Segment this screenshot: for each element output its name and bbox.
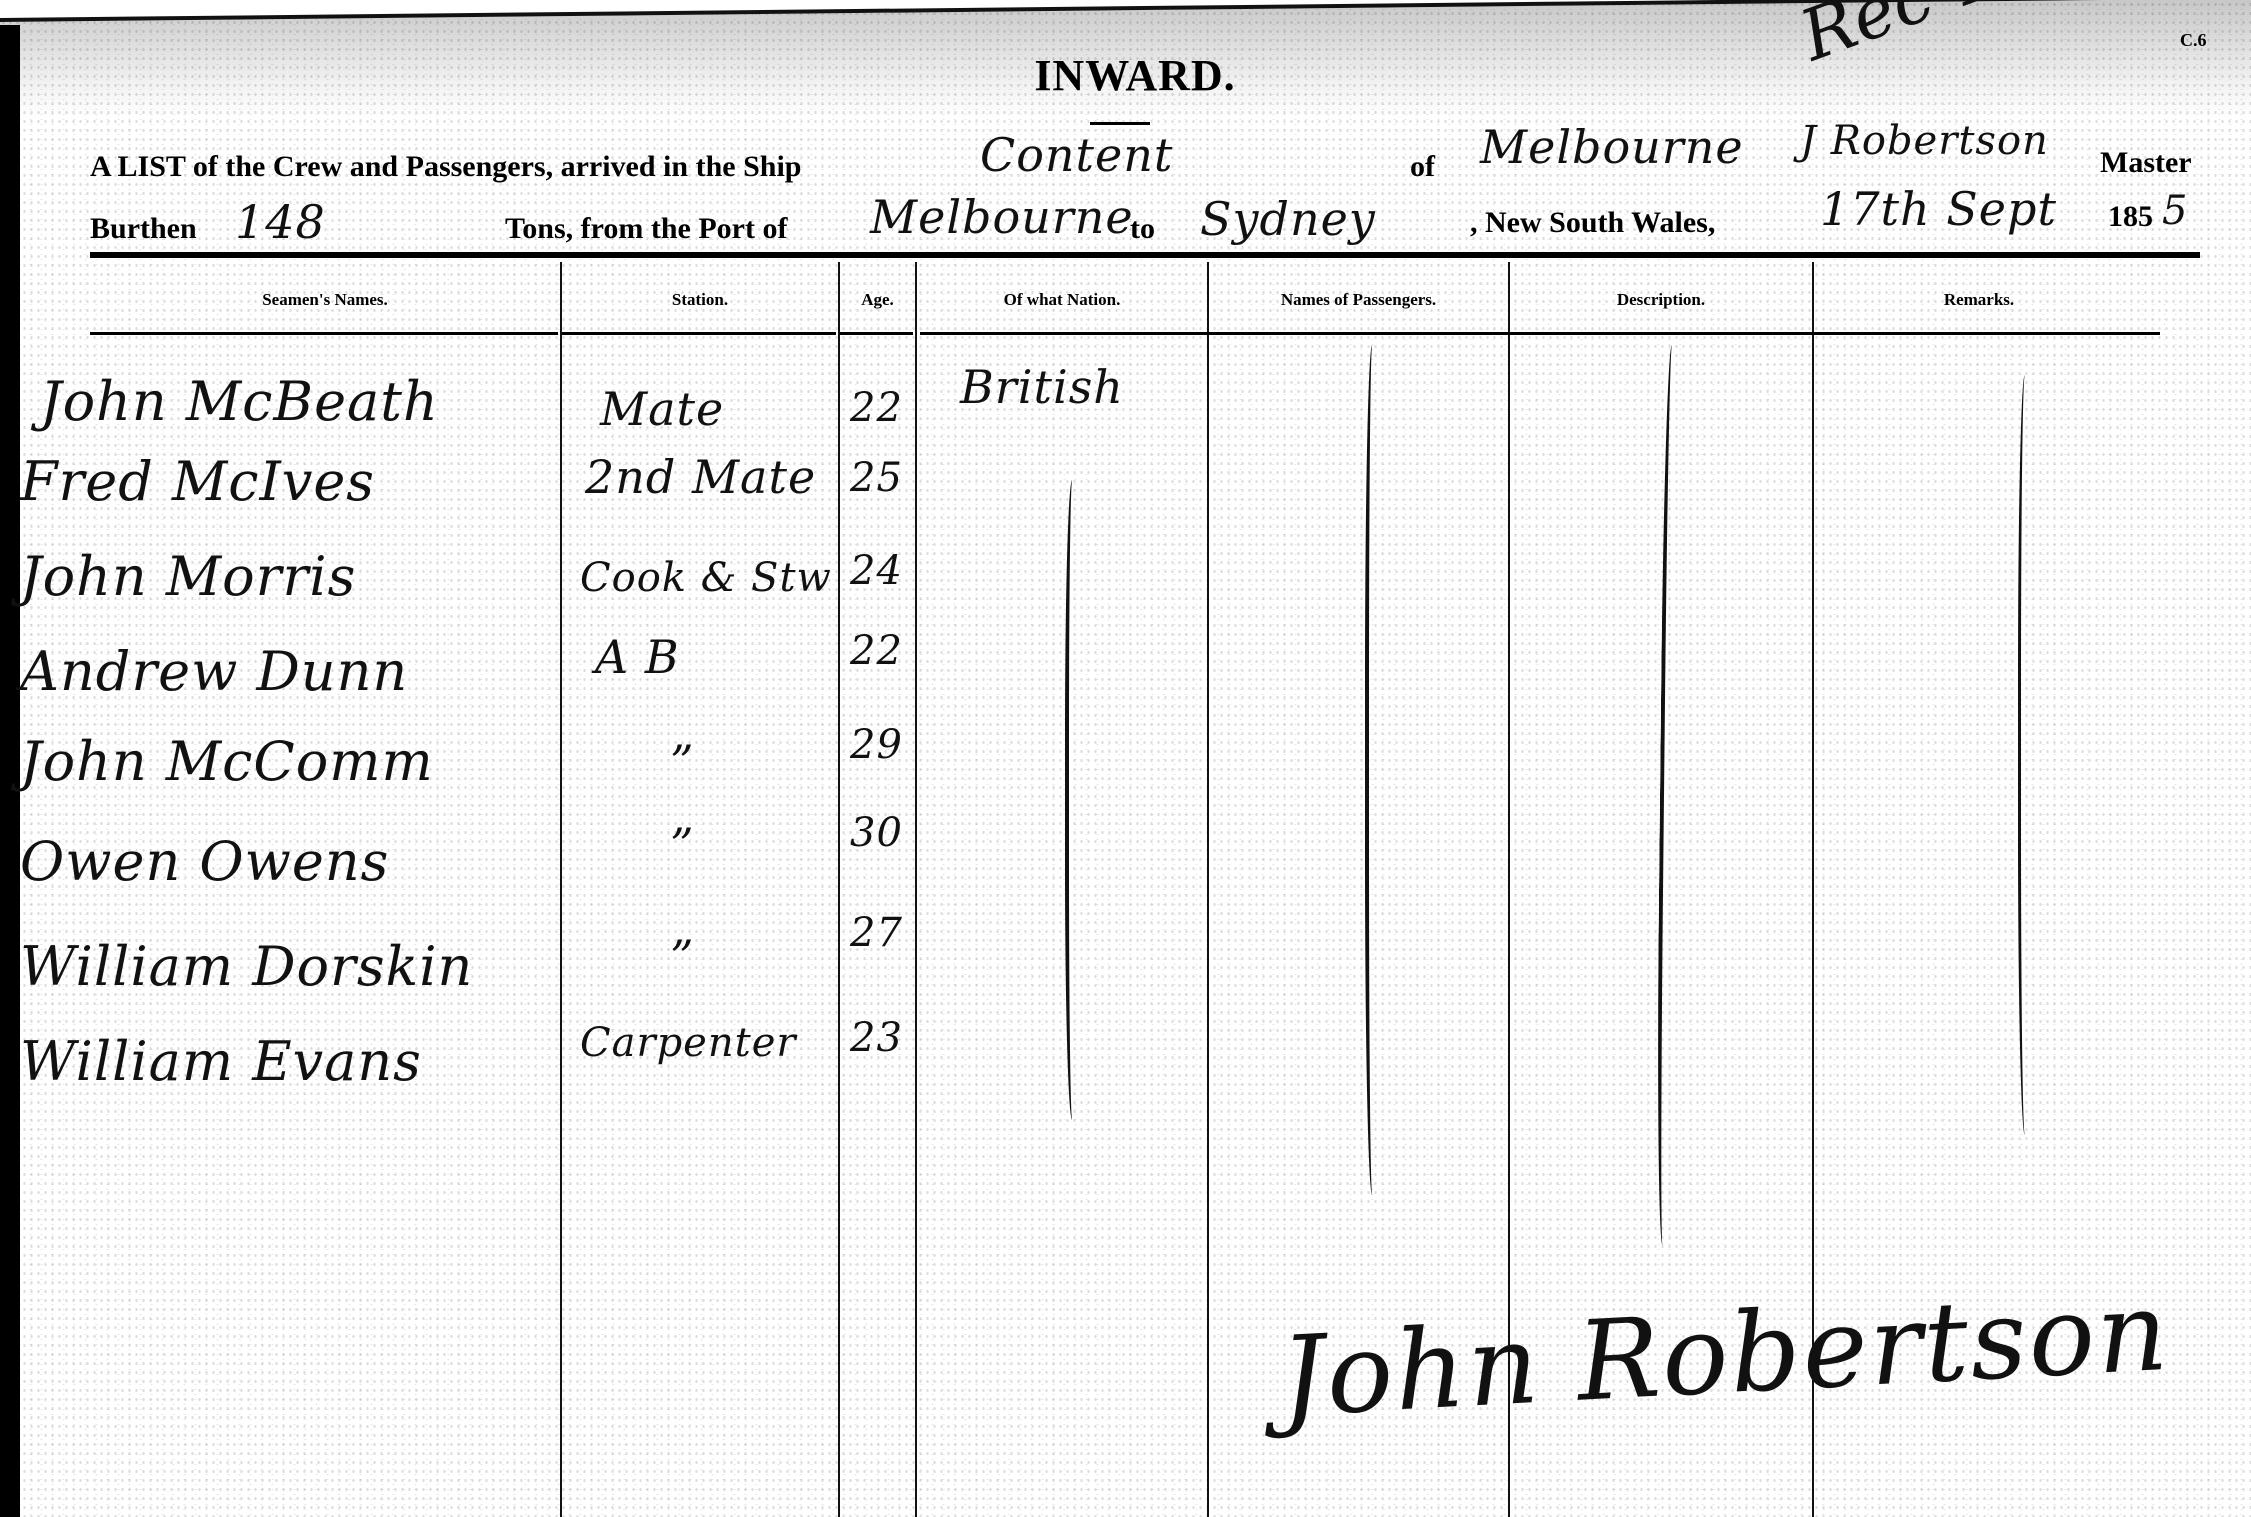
column-divider bbox=[1207, 262, 1209, 1517]
seaman-name: Fred McIves bbox=[20, 450, 375, 513]
colony-label: , New South Wales, bbox=[1470, 206, 1715, 240]
burthen-value: 148 bbox=[235, 195, 326, 249]
seaman-station: 2nd Mate bbox=[585, 450, 816, 504]
col-header-station: Station. bbox=[562, 290, 838, 310]
description-blank-stroke bbox=[1655, 345, 1682, 1245]
seaman-name: William Dorskin bbox=[20, 935, 473, 998]
seaman-age: 22 bbox=[850, 628, 903, 674]
seaman-name: John McBeath bbox=[40, 370, 439, 433]
seaman-station: Cook & Stw bbox=[580, 555, 832, 601]
seaman-age: 27 bbox=[850, 910, 903, 956]
col-header-remarks: Remarks. bbox=[1814, 290, 2144, 310]
seaman-age: 22 bbox=[850, 385, 903, 431]
col-header-nation: Of what Nation. bbox=[917, 290, 1207, 310]
from-port: Melbourne bbox=[870, 190, 1134, 244]
to-label: to bbox=[1130, 212, 1155, 246]
master-name: J Robertson bbox=[1800, 118, 2049, 164]
seaman-station: ” bbox=[670, 818, 695, 872]
to-port: Sydney bbox=[1200, 192, 1376, 246]
seaman-age: 24 bbox=[850, 548, 903, 594]
seaman-nation: British bbox=[960, 360, 1124, 414]
column-divider bbox=[838, 262, 840, 1517]
col-header-description: Description. bbox=[1510, 290, 1812, 310]
seaman-name: John Morris bbox=[20, 545, 356, 608]
seaman-station: Mate bbox=[600, 382, 724, 436]
header-underline bbox=[90, 332, 558, 335]
master-label: Master bbox=[2100, 146, 2192, 180]
seaman-age: 25 bbox=[850, 455, 903, 501]
document-title: INWARD. bbox=[1000, 50, 1270, 101]
col-header-seamens-names: Seamen's Names. bbox=[90, 290, 560, 310]
header-underline bbox=[920, 332, 2160, 335]
master-signature: John Robertson bbox=[1277, 1267, 2172, 1441]
header-underline bbox=[562, 332, 836, 335]
page-left-edge bbox=[0, 25, 20, 1517]
seaman-age: 23 bbox=[850, 1015, 903, 1061]
header-underline bbox=[840, 332, 913, 335]
seaman-age: 29 bbox=[850, 722, 903, 768]
column-divider bbox=[560, 262, 562, 1517]
year-handwritten: 5 bbox=[2162, 188, 2188, 234]
title-underline bbox=[1090, 122, 1150, 125]
seaman-name: Andrew Dunn bbox=[20, 640, 408, 703]
seaman-name: John McComm bbox=[20, 730, 434, 793]
col-header-age: Age. bbox=[840, 290, 915, 310]
remarks-blank-stroke bbox=[2018, 375, 2035, 1135]
burthen-label: Burthen bbox=[90, 212, 197, 246]
tons-from-port-label: Tons, from the Port of bbox=[505, 212, 787, 246]
ship-name: Content bbox=[980, 128, 1173, 182]
form-code: C.6 bbox=[2180, 30, 2207, 51]
seaman-name: Owen Owens bbox=[20, 830, 389, 893]
seaman-station: A B bbox=[595, 630, 680, 684]
of-label: of bbox=[1410, 150, 1435, 184]
seaman-station: Carpenter bbox=[580, 1020, 796, 1066]
year-printed: 185 bbox=[2108, 200, 2153, 234]
seaman-name: William Evans bbox=[20, 1030, 422, 1093]
header-rule bbox=[90, 252, 2200, 258]
passengers-blank-stroke bbox=[1365, 345, 1383, 1195]
header-list-label: A LIST of the Crew and Passengers, arriv… bbox=[90, 150, 801, 184]
seaman-station: ” bbox=[670, 735, 695, 789]
seaman-age: 30 bbox=[850, 810, 903, 856]
col-header-passengers: Names of Passengers. bbox=[1209, 290, 1508, 310]
nation-ditto-stroke bbox=[1065, 480, 1083, 1120]
ship-home-port: Melbourne bbox=[1480, 120, 1744, 174]
arrival-date: 17th Sept bbox=[1820, 182, 2057, 236]
seaman-station: ” bbox=[670, 930, 695, 984]
received-annotation: Rec 17/9/55 bbox=[1790, 0, 2218, 77]
column-divider bbox=[915, 262, 917, 1517]
